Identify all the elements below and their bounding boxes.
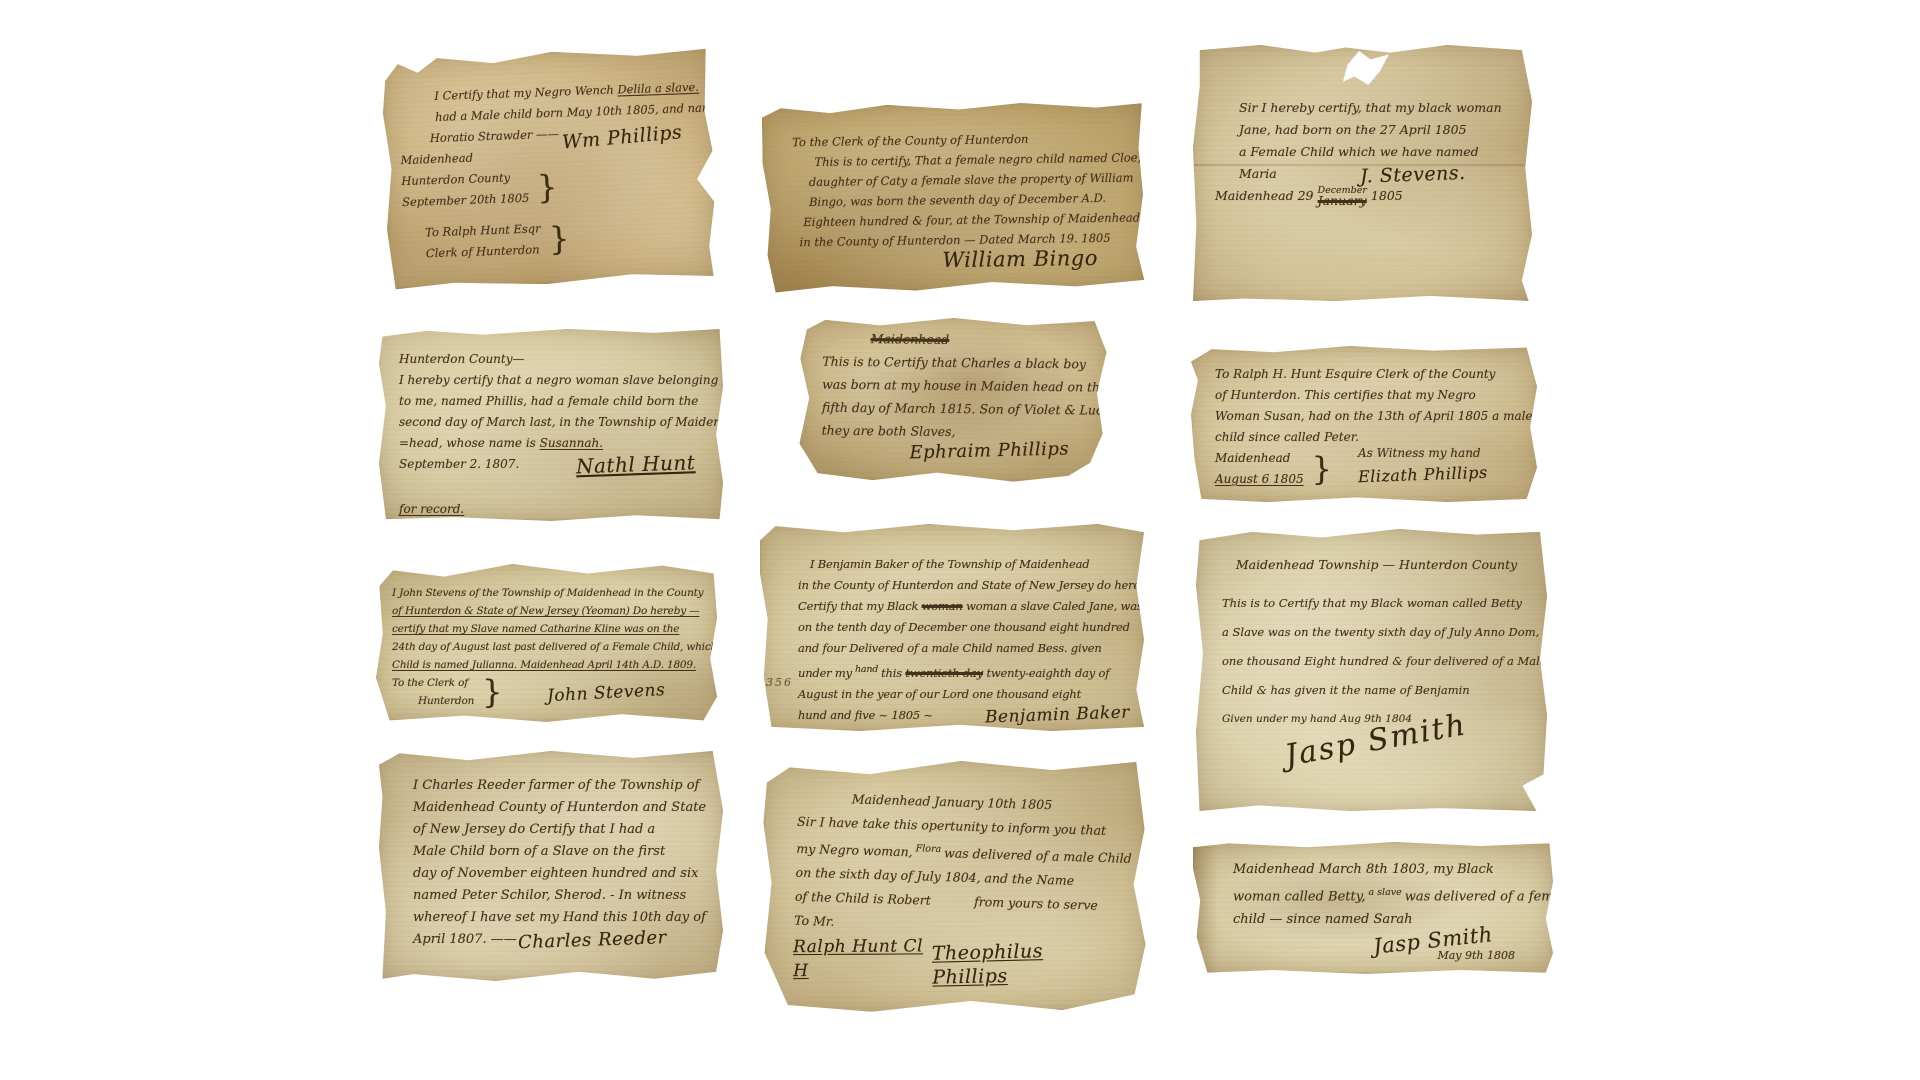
text-line: Woman Susan, had on the 13th of April 18… bbox=[1215, 406, 1527, 427]
signature: John Stevens bbox=[546, 679, 709, 705]
text-line: To Ralph H. Hunt Esquire Clerk of the Co… bbox=[1215, 364, 1527, 385]
docket-note: for record. bbox=[399, 499, 711, 520]
correction-stack: DecemberJanuary bbox=[1317, 186, 1366, 208]
address-signature-group: To the Clerk of Hunterdon } John Stevens bbox=[392, 674, 709, 710]
text-line: fifth day of March 1815. Son of Violet &… bbox=[822, 396, 1096, 422]
doc-peter-certificate: To Ralph H. Hunt Esquire Clerk of the Co… bbox=[1191, 346, 1537, 502]
text-line: To the Clerk of bbox=[392, 674, 474, 692]
text-line: Certify that my Black woman woman a slav… bbox=[798, 596, 1134, 617]
text-line: Hunterdon County— bbox=[399, 349, 711, 370]
address-signature-row: Ralph Hunt Cl H Theophilus Phillips bbox=[792, 933, 1120, 991]
doc-susannah-certificate: Hunterdon County— I hereby certify that … bbox=[379, 329, 723, 521]
inserted-name: Flora bbox=[916, 843, 942, 855]
brace-mark: } bbox=[482, 678, 502, 707]
date-signature-row: September 2. 1807. Nathl Hunt bbox=[399, 454, 711, 475]
date-signature-row: hund and five ~ 1805 ~ Benjamin Baker bbox=[798, 705, 1134, 726]
heading-line: Maidenhead Township — Hunterdon County bbox=[1222, 555, 1531, 575]
text-line: This is to Certify that Charles a black … bbox=[822, 350, 1096, 376]
text-line: was born at my house in Maiden head on t… bbox=[822, 373, 1096, 399]
addressee: Ralph Hunt Cl H bbox=[793, 935, 932, 984]
text-line: August in the year of our Lord one thous… bbox=[798, 684, 1134, 705]
text-line: September 20th 1805 bbox=[402, 188, 530, 213]
signature: William Bingo bbox=[942, 248, 1098, 270]
struck-heading: Maidenhead bbox=[871, 327, 1097, 352]
manuscript-collage-board: I Certify that my Negro Wench Delila a s… bbox=[0, 0, 1920, 1080]
text-line: in the County of Hunterdon and State of … bbox=[798, 575, 1134, 596]
text-line: This is to Certify that my Black woman c… bbox=[1222, 589, 1531, 618]
text-line: I hereby certify that a negro woman slav… bbox=[399, 370, 711, 391]
underlined-name: Susannah. bbox=[540, 436, 603, 450]
address-group: To Ralph Hunt Esqr Clerk of Hunterdon } bbox=[425, 213, 702, 265]
text-line: August 6 1805 bbox=[1215, 469, 1304, 490]
signature-line: Elizath Phillips bbox=[1358, 464, 1488, 487]
inserted-words: a slave bbox=[1368, 887, 1401, 898]
closing-group: Maidenhead August 6 1805 } As Witness my… bbox=[1215, 448, 1527, 490]
text-line: Sir I hereby certify, that my black woma… bbox=[1239, 97, 1512, 119]
doc-bess-certificate: 356 I Benjamin Baker of the Township of … bbox=[760, 524, 1144, 731]
text-line: Maidenhead bbox=[1215, 448, 1304, 469]
brace-mark: } bbox=[536, 172, 557, 201]
signature: J. Stevens. bbox=[1360, 160, 1512, 187]
text-line: I John Stevens of the Township of Maiden… bbox=[392, 584, 709, 602]
brace-mark: } bbox=[1312, 455, 1332, 484]
signature: Nathl Hunt bbox=[575, 452, 711, 478]
date-text: April 1807. —— bbox=[413, 929, 517, 951]
text-line: Maidenhead March 8th 1803, my Black bbox=[1233, 858, 1539, 881]
doc-charles-certificate: Maidenhead This is to Certify that Charl… bbox=[799, 316, 1107, 482]
struck-words: twentieth day bbox=[905, 666, 983, 680]
text-line: Clerk of Hunterdon bbox=[426, 239, 542, 264]
doc-peter-schilor-certificate: I Charles Reeder farmer of the Township … bbox=[379, 751, 723, 981]
text-line: whereof I have set my Hand this 10th day… bbox=[413, 907, 707, 929]
inserted-word: hand bbox=[855, 664, 878, 675]
text-line: Male Child born of a Slave on the first bbox=[413, 841, 707, 863]
text-line: of Hunterdon. This certifies that my Neg… bbox=[1215, 385, 1527, 406]
signature: Charles Reeder bbox=[518, 926, 707, 955]
doc-maria-certificate: Sir I hereby certify, that my black woma… bbox=[1193, 45, 1532, 301]
text-line: a Female Child which we have named bbox=[1239, 141, 1512, 163]
signature: Theophilus Phillips bbox=[932, 938, 1121, 990]
signature: Benjamin Baker bbox=[985, 702, 1131, 728]
text-line: on the tenth day of December one thousan… bbox=[798, 617, 1134, 638]
text-line: certify that my Slave named Catharine Kl… bbox=[392, 620, 709, 638]
text-line: Maidenhead County of Hunterdon and State bbox=[413, 797, 707, 819]
text-line: Child & has given it the name of Benjami… bbox=[1222, 676, 1531, 705]
signature: Ephraim Phillips bbox=[910, 437, 1070, 464]
text-line: 24th day of August last past delivered o… bbox=[392, 638, 709, 656]
underlined-name: Delila a slave. bbox=[617, 80, 699, 97]
date-signature-row: April 1807. —— Charles Reeder bbox=[413, 929, 707, 951]
text-line: woman called Betty,a slavewas delivered … bbox=[1233, 881, 1539, 908]
doc-delila-horatio-certificate: I Certify that my Negro Wench Delila a s… bbox=[381, 46, 717, 289]
text-line: and four Delivered of a male Child named… bbox=[798, 638, 1134, 659]
struck-word: woman bbox=[922, 599, 963, 613]
text-line: one thousand Eight hundred & four delive… bbox=[1222, 647, 1531, 676]
child-name: Maria bbox=[1239, 163, 1277, 185]
text-line: second day of March last, in the Townshi… bbox=[399, 412, 711, 433]
doc-cloe-certificate: To the Clerk of the County of Hunterdon … bbox=[762, 101, 1145, 292]
date-line: Maidenhead 29DecemberJanuary1805 bbox=[1215, 185, 1512, 208]
signature-line: Jasp Smith bbox=[1222, 731, 1531, 756]
doc-benjamin-certificate: Maidenhead Township — Hunterdon County T… bbox=[1196, 529, 1547, 811]
text-line: named Peter Schilor, Sherod. - In witnes… bbox=[413, 885, 707, 907]
brace-mark: } bbox=[548, 224, 569, 253]
text-line: Jane, had born on the 27 April 1805 bbox=[1239, 119, 1512, 141]
text-line: of New Jersey do Certify that I had a bbox=[413, 819, 707, 841]
text-line: a Slave was on the twenty sixth day of J… bbox=[1222, 618, 1531, 647]
text-line: Hunterdon bbox=[418, 692, 474, 710]
signature-line: William Bingo bbox=[794, 248, 1132, 276]
text-line: under myhandthis twentieth day twenty-ea… bbox=[798, 659, 1134, 684]
text-line: Child is named Julianna. Maidenhead Apri… bbox=[392, 656, 709, 674]
doc-julianna-certificate: I John Stevens of the Township of Maiden… bbox=[376, 564, 717, 722]
doc-sarah-note: Maidenhead March 8th 1803, my Black woma… bbox=[1193, 842, 1553, 974]
text-line: to me, named Phillis, had a female child… bbox=[399, 391, 711, 412]
name-signature-row: Maria J. Stevens. bbox=[1239, 163, 1512, 185]
doc-robert-letter: Maidenhead January 10th 1805 Sir I have … bbox=[763, 759, 1146, 1012]
signature: Elizath Phillips bbox=[1358, 462, 1488, 488]
valediction: from yours to serve bbox=[974, 890, 1122, 918]
place-date-group: Hunterdon County September 20th 1805 } bbox=[401, 161, 700, 213]
text-line: I Benjamin Baker of the Township of Maid… bbox=[810, 554, 1134, 575]
date-text: September 2. 1807. bbox=[399, 454, 519, 475]
text-line: I Charles Reeder farmer of the Township … bbox=[413, 775, 707, 797]
text-line: day of November eighteen hundred and six bbox=[413, 863, 707, 885]
text-line: of Hunterdon & State of New Jersey (Yeom… bbox=[392, 602, 709, 620]
witness-text: As Witness my hand bbox=[1358, 443, 1488, 464]
